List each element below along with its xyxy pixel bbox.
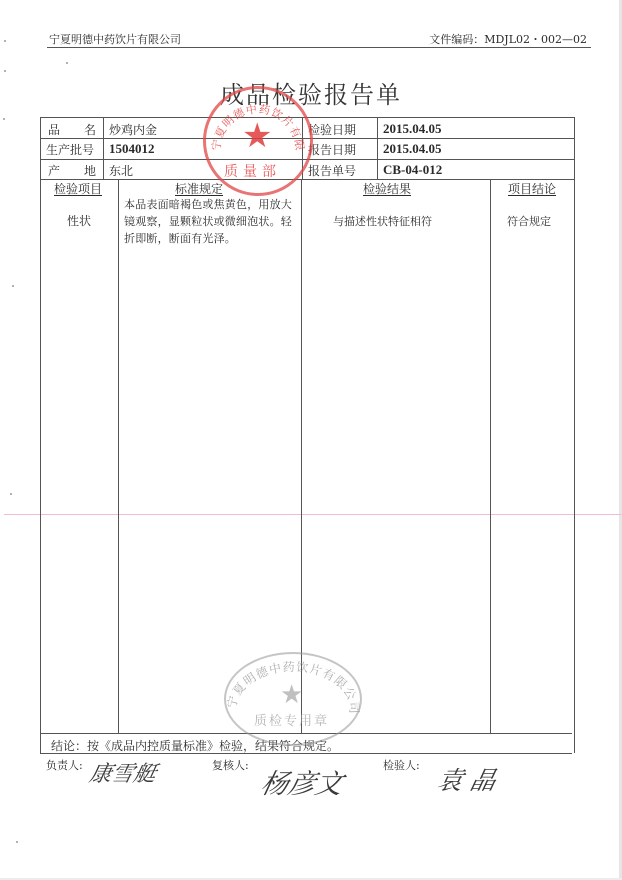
origin-label: 产 地	[48, 162, 96, 179]
quality-department-stamp: 宁夏明德中药饮片有限公司 ★ 质量部	[203, 86, 313, 196]
report-date-value: 2015.04.05	[383, 141, 442, 157]
report-title: 成品检验报告单	[0, 75, 622, 110]
row-conclusion: 符合规定	[507, 213, 551, 229]
scan-speck	[4, 70, 6, 72]
scan-speck	[4, 40, 6, 42]
scan-artifact-line	[4, 514, 622, 515]
batch-label: 生产批号	[46, 141, 94, 158]
star-icon: ★	[242, 119, 272, 153]
stamp-label: 质量部	[224, 161, 281, 181]
document-code: 文件编码：MDJL02・002—02	[429, 31, 587, 47]
scan-speck	[16, 841, 18, 843]
product-name-value: 炒鸡内金	[109, 121, 157, 138]
quality-inspection-seal: 宁夏明德中药饮片有限公司 ★ 质检专用章	[224, 652, 362, 746]
row-standard: 本品表面暗褐色或焦黄色，用放大镜观察，显颗粒状或微细泡状。轻折即断，断面有光泽。	[124, 196, 300, 247]
responsible-signature: 康雪艇	[87, 757, 160, 788]
batch-value: 1504012	[109, 141, 155, 157]
inspector-signature: 袁晶	[434, 761, 508, 797]
scan-speck	[10, 493, 12, 495]
report-no-value: CB-04-012	[383, 162, 442, 178]
responsible-label: 负责人:	[46, 757, 83, 773]
product-name-label: 品 名	[48, 121, 96, 138]
report-date-label: 报告日期	[308, 141, 356, 158]
company-name: 宁夏明德中药饮片有限公司	[49, 31, 181, 47]
reviewer-label: 复核人:	[212, 757, 249, 773]
reviewer-signature: 杨彦文	[258, 762, 347, 801]
inspector-label: 检验人:	[383, 757, 420, 773]
scan-speck	[12, 285, 14, 287]
inspection-date-value: 2015.04.05	[383, 121, 442, 137]
column-header-result: 检验结果	[363, 180, 411, 197]
inspection-date-label: 检验日期	[308, 121, 356, 138]
stamp-label: 质检专用章	[254, 710, 329, 729]
scan-speck	[66, 62, 68, 64]
origin-value: 东北	[109, 162, 133, 179]
page-header: 宁夏明德中药饮片有限公司 文件编码：MDJL02・002—02	[47, 30, 591, 48]
star-icon: ★	[280, 682, 303, 708]
scan-speck	[3, 118, 5, 120]
column-header-conclusion: 项目结论	[508, 180, 556, 197]
row-item: 性状	[67, 212, 91, 229]
column-header-item: 检验项目	[54, 180, 102, 197]
row-result: 与描述性状特征相符	[333, 213, 432, 229]
report-no-label: 报告单号	[308, 162, 356, 179]
